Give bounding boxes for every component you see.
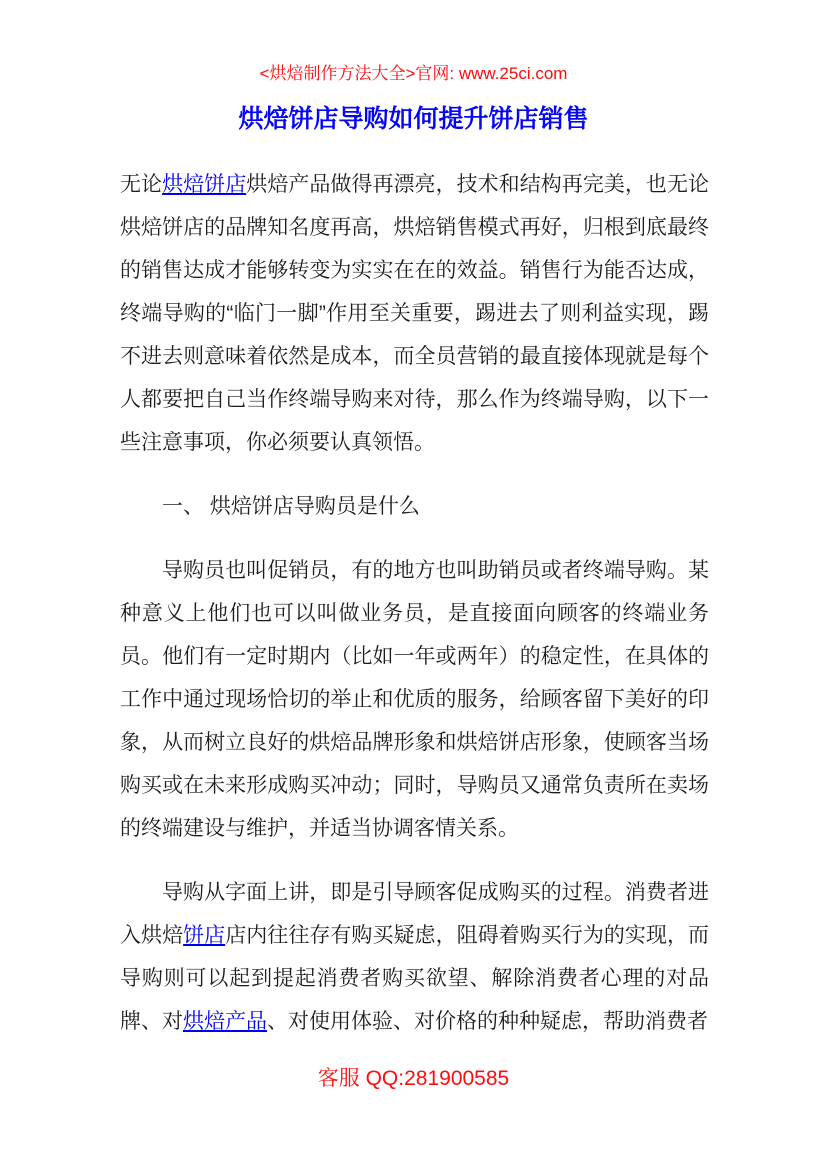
- text-segment: 烘焙产品做得再漂亮，技术和结构再完美，也无论烘焙饼店的品牌知名度再高，烘焙销售模…: [120, 173, 709, 454]
- footer-qq-text: 客服 QQ:281900585: [318, 1067, 509, 1090]
- document-page: <烘焙制作方法大全>官网: www.25ci.com 烘焙饼店导购如何提升饼店销…: [0, 0, 827, 1169]
- link-bingdian[interactable]: 饼店: [183, 924, 225, 947]
- page-title: 烘焙饼店导购如何提升饼店销售: [0, 102, 827, 136]
- paragraph-1: 无论烘焙饼店烘焙产品做得再漂亮，技术和结构再完美，也无论烘焙饼店的品牌知名度再高…: [120, 163, 709, 464]
- link-hongbei-chanpin[interactable]: 烘焙产品: [183, 1010, 267, 1033]
- site-header: <烘焙制作方法大全>官网: www.25ci.com: [0, 62, 827, 86]
- footer-contact: 客服 QQ:281900585: [0, 1064, 827, 1094]
- link-hongbei-bingdian[interactable]: 烘焙饼店: [162, 173, 246, 196]
- text-segment: 、对使用体验、对价格的种种疑虑，帮助消费者: [267, 1010, 708, 1033]
- section-heading-1: 一、 烘焙饼店导购员是什么: [120, 485, 709, 528]
- paragraph-3: 导购从字面上讲，即是引导顾客促成购买的过程。消费者进入烘焙饼店店内往往存有购买疑…: [120, 871, 709, 1043]
- paragraph-2: 导购员也叫促销员，有的地方也叫助销员或者终端导购。某种意义上他们也可以叫做业务员…: [120, 549, 709, 850]
- site-url-text: <烘焙制作方法大全>官网: www.25ci.com: [260, 64, 568, 83]
- text-segment: 无论: [120, 173, 162, 196]
- document-body: 无论烘焙饼店烘焙产品做得再漂亮，技术和结构再完美，也无论烘焙饼店的品牌知名度再高…: [120, 163, 709, 1064]
